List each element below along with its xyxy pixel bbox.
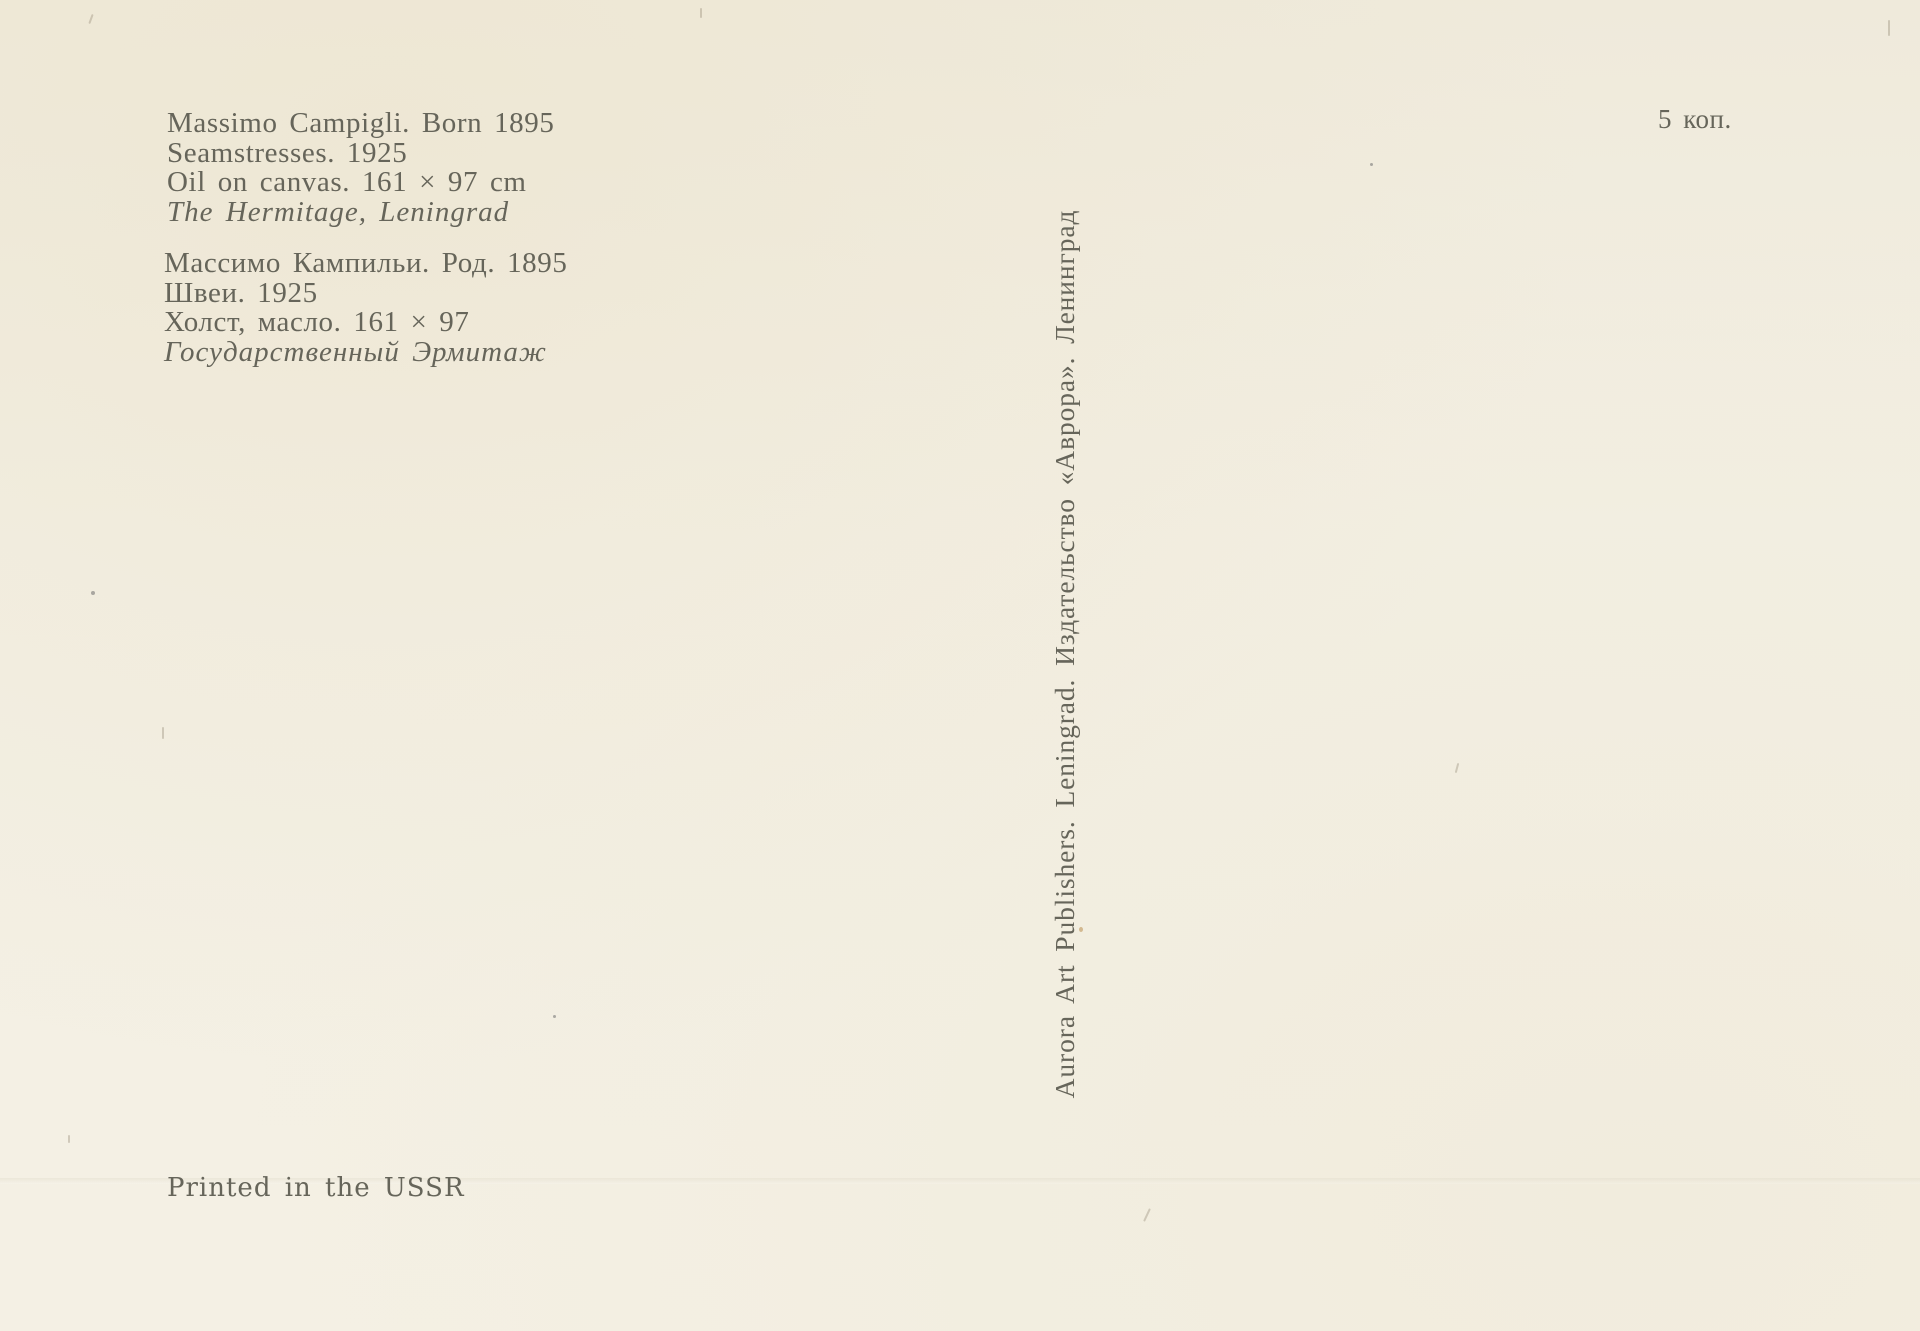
paper-speck — [1370, 163, 1373, 166]
price-label: 5 коп. — [1658, 104, 1732, 135]
museum-line-ru: Государственный Эрмитаж — [164, 338, 568, 368]
paper-speck — [553, 1015, 556, 1018]
paper-fiber — [1455, 763, 1460, 773]
medium-line: Oil on canvas. 161 × 97 cm — [167, 168, 555, 198]
caption-english: Massimo Campigli. Born 1895 Seamstresses… — [167, 109, 555, 227]
publisher-vertical-text: Aurora Art Publishers. Leningrad. Издате… — [1049, 114, 1081, 1194]
caption-russian: Массимо Кампильи. Род. 1895 Швеи. 1925 Х… — [164, 249, 568, 367]
paper-fiber — [700, 8, 702, 18]
paper-fiber — [68, 1135, 70, 1143]
paper-fiber — [162, 727, 164, 739]
paper-fiber — [88, 14, 93, 24]
printed-in-label: Printed in the USSR — [167, 1173, 465, 1203]
museum-line: The Hermitage, Leningrad — [167, 198, 555, 228]
paper-fiber — [1143, 1208, 1151, 1222]
medium-line-ru: Холст, масло. 161 × 97 — [164, 308, 568, 338]
artist-line: Massimo Campigli. Born 1895 — [167, 109, 555, 139]
title-line: Seamstresses. 1925 — [167, 139, 555, 169]
title-line-ru: Швеи. 1925 — [164, 279, 568, 309]
artist-line-ru: Массимо Кампильи. Род. 1895 — [164, 249, 568, 279]
paper-speck — [91, 591, 95, 595]
paper-fiber — [1888, 20, 1890, 36]
